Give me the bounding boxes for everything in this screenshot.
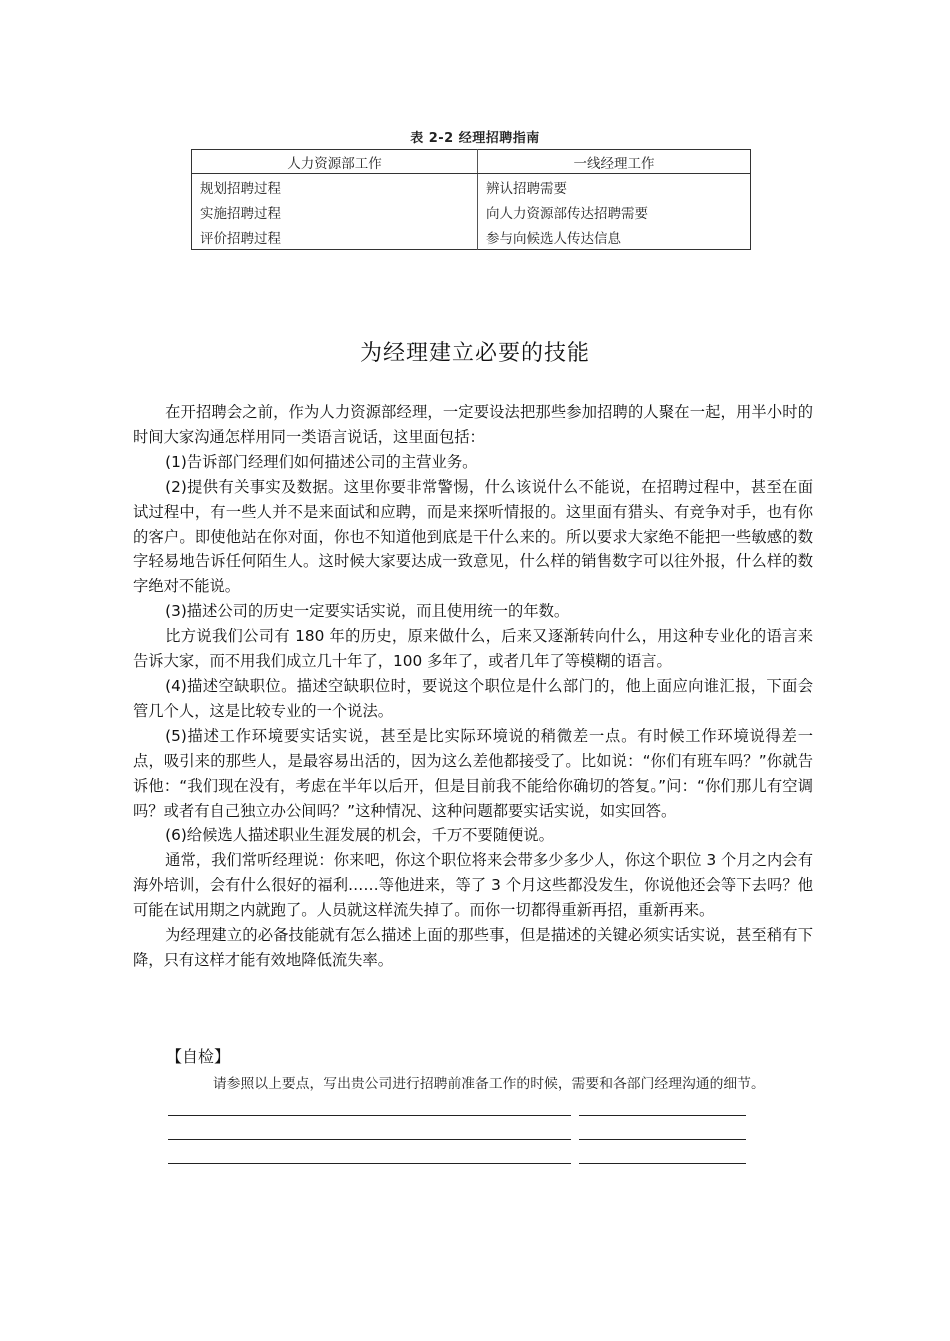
answer-blank[interactable] [168,1139,571,1140]
table-cell: 向人力资源部传达招聘需要 [478,199,751,224]
paragraph: (1)告诉部门经理们如何描述公司的主营业务。 [133,450,813,475]
answer-blank[interactable] [168,1115,571,1116]
answer-blank[interactable] [579,1163,746,1164]
self-check-prompt: 请参照以上要点，写出贵公司进行招聘前准备工作的时候，需要和各部门经理沟通的细节。 [166,1072,806,1092]
section-title: 为经理建立必要的技能 [0,336,950,367]
table-row: 实施招聘过程 向人力资源部传达招聘需要 [192,199,751,224]
table-cell: 参与向候选人传达信息 [478,224,751,250]
table-row: 规划招聘过程 辨认招聘需要 [192,174,751,200]
paragraph: (4)描述空缺职位。描述空缺职位时，要说这个职位是什么部门的，他上面应向谁汇报，… [133,674,813,724]
table-caption: 表 2-2 经理招聘指南 [0,127,950,146]
table-header-row: 人力资源部工作 一线经理工作 [192,150,751,174]
paragraph: (2)提供有关事实及数据。这里你要非常警惕，什么该说什么不能说，在招聘过程中，甚… [133,475,813,600]
paragraph: 在开招聘会之前，作为人力资源部经理，一定要设法把那些参加招聘的人聚在一起，用半小… [133,400,813,450]
self-check-heading: 【自检】 [166,1044,806,1067]
table-cell: 实施招聘过程 [192,199,478,224]
body-text: 在开招聘会之前，作为人力资源部经理，一定要设法把那些参加招聘的人聚在一起，用半小… [133,400,813,973]
table-cell: 辨认招聘需要 [478,174,751,200]
paragraph: 通常，我们常听经理说：你来吧，你这个职位将来会带多少多少人，你这个职位 3 个月… [133,848,813,923]
column-header-line-manager: 一线经理工作 [478,150,751,174]
paragraph: (5)描述工作环境要实话实说，甚至是比实际环境说的稍微差一点。有时候工作环境说得… [133,724,813,824]
paragraph: (3)描述公司的历史一定要实话实说，而且使用统一的年数。 [133,599,813,624]
answer-blank[interactable] [168,1163,571,1164]
table-cell: 评价招聘过程 [192,224,478,250]
answer-blank[interactable] [579,1115,746,1116]
paragraph: 为经理建立的必备技能就有怎么描述上面的那些事，但是描述的关键必须实话实说，甚至稍… [133,923,813,973]
paragraph: 比方说我们公司有 180 年的历史，原来做什么，后来又逐渐转向什么，用这种专业化… [133,624,813,674]
manager-recruitment-guide-table: 人力资源部工作 一线经理工作 规划招聘过程 辨认招聘需要 实施招聘过程 向人力资… [191,149,751,250]
self-check-section: 【自检】 请参照以上要点，写出贵公司进行招聘前准备工作的时候，需要和各部门经理沟… [166,1044,806,1092]
paragraph: (6)给候选人描述职业生涯发展的机会，千万不要随便说。 [133,823,813,848]
answer-blank[interactable] [579,1139,746,1140]
table-cell: 规划招聘过程 [192,174,478,200]
table-row: 评价招聘过程 参与向候选人传达信息 [192,224,751,250]
column-header-hr: 人力资源部工作 [192,150,478,174]
